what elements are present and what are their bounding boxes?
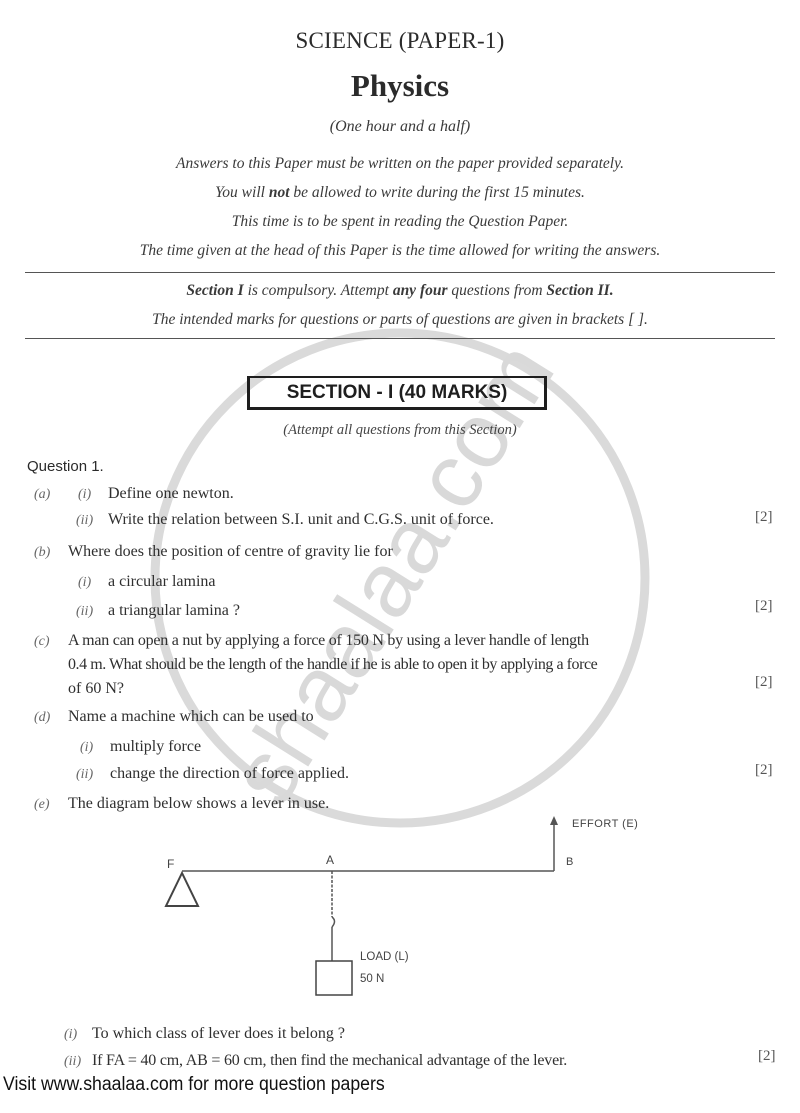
part-c-line-1: A man can open a nut by applying a force… xyxy=(68,632,589,650)
marks-note: The intended marks for questions or part… xyxy=(0,311,800,329)
part-a-ii-text: Write the relation between S.I. unit and… xyxy=(108,511,494,529)
part-d-ii-label: (ii) xyxy=(76,767,93,783)
part-d-i-text: multiply force xyxy=(110,738,201,756)
point-b-label: B xyxy=(566,856,573,868)
part-a-ii-label: (ii) xyxy=(76,513,93,529)
part-b-i-text: a circular lamina xyxy=(108,573,216,591)
part-a-i-text: Define one newton. xyxy=(108,485,234,503)
part-b-label: (b) xyxy=(34,545,50,561)
instruction-line-1: Answers to this Paper must be written on… xyxy=(0,155,800,173)
part-c-label: (c) xyxy=(34,634,50,650)
subject-title: Physics xyxy=(0,68,800,104)
part-e-ii-text: If FA = 40 cm, AB = 60 cm, then find the… xyxy=(92,1052,567,1070)
section-rules-line: Section I is compulsory. Attempt any fou… xyxy=(0,282,800,300)
footer-link[interactable]: Visit www.shaalaa.com for more question … xyxy=(3,1074,385,1096)
part-e-i-label: (i) xyxy=(64,1027,77,1043)
divider-bottom xyxy=(25,338,775,339)
part-e-marks: [2] xyxy=(758,1048,776,1065)
part-a-i-label: (i) xyxy=(78,487,91,503)
part-c-line-2: 0.4 m. What should be the length of the … xyxy=(68,656,597,674)
section-title-box: SECTION - I (40 MARKS) xyxy=(247,376,547,410)
fulcrum-label: F xyxy=(167,857,174,871)
part-c-marks: [2] xyxy=(755,674,773,691)
part-b-i-label: (i) xyxy=(78,575,91,591)
part-a-marks: [2] xyxy=(755,509,773,526)
paper-title: SCIENCE (PAPER-1) xyxy=(0,28,800,54)
part-b-ii-text: a triangular lamina ? xyxy=(108,602,240,620)
part-d-label: (d) xyxy=(34,710,50,726)
divider-top xyxy=(25,272,775,273)
section-subtitle: (Attempt all questions from this Section… xyxy=(0,422,800,439)
part-e-text: The diagram below shows a lever in use. xyxy=(68,795,329,813)
exam-duration: (One hour and a half) xyxy=(0,118,800,136)
part-b-marks: [2] xyxy=(755,598,773,615)
part-c-line-3: of 60 N? xyxy=(68,680,124,698)
part-d-text: Name a machine which can be used to xyxy=(68,708,314,726)
part-e-ii-label: (ii) xyxy=(64,1054,81,1070)
load-label: LOAD (L) xyxy=(360,951,409,963)
effort-label: EFFORT (E) xyxy=(572,818,638,830)
load-value: 50 N xyxy=(360,973,384,985)
part-e-label: (e) xyxy=(34,797,50,813)
question-heading: Question 1. xyxy=(27,458,104,475)
part-d-ii-text: change the direction of force applied. xyxy=(110,765,349,783)
part-b-text: Where does the position of centre of gra… xyxy=(68,543,393,561)
part-b-ii-label: (ii) xyxy=(76,604,93,620)
part-a-label: (a) xyxy=(34,487,50,503)
point-a-label: A xyxy=(326,853,334,867)
part-d-i-label: (i) xyxy=(80,740,93,756)
instruction-line-4: The time given at the head of this Paper… xyxy=(0,242,800,260)
instruction-line-3: This time is to be spent in reading the … xyxy=(0,213,800,231)
part-e-i-text: To which class of lever does it belong ? xyxy=(92,1025,345,1043)
part-d-marks: [2] xyxy=(755,762,773,779)
instruction-line-2: You will not be allowed to write during … xyxy=(0,184,800,202)
